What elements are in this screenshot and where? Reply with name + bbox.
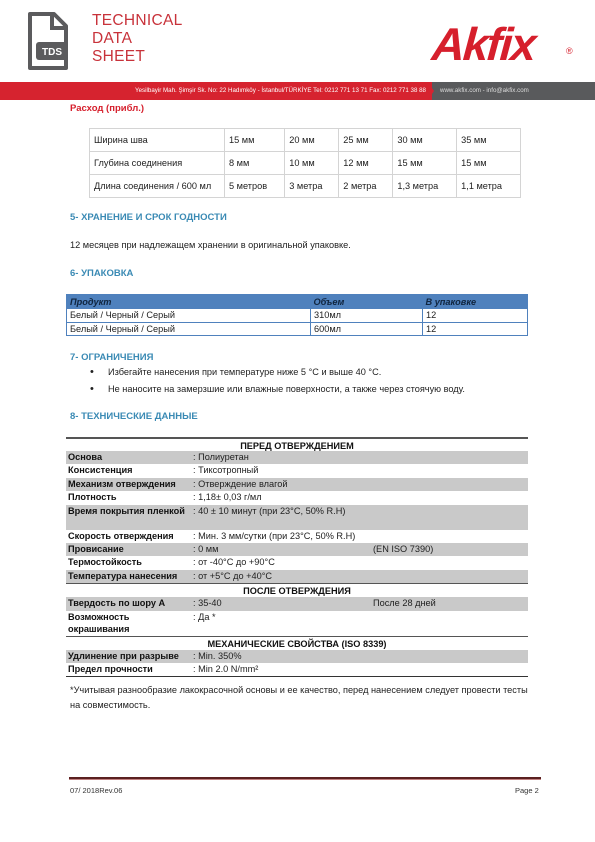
property-note bbox=[373, 556, 528, 569]
contact-band: Yesilbayir Mah. Şimşir Sk. No: 22 Hadımk… bbox=[0, 82, 595, 100]
property-row: Консистенция: Тиксотропный bbox=[66, 464, 528, 477]
property-name: Возможность окрашивания bbox=[66, 611, 193, 636]
property-note bbox=[373, 464, 528, 477]
property-note bbox=[373, 505, 528, 530]
table-cell: 35 мм bbox=[457, 129, 521, 152]
list-item: Избегайте нанесения при температуре ниже… bbox=[90, 364, 465, 381]
band-divider bbox=[428, 82, 434, 100]
footnote: *Учитывая разнообразие лакокрасочной осн… bbox=[70, 683, 530, 713]
property-name: Механизм отверждения bbox=[66, 478, 193, 491]
property-value: : 1,18± 0,03 г/мл bbox=[193, 491, 373, 504]
storage-text: 12 месяцев при надлежащем хранении в ори… bbox=[70, 240, 351, 250]
property-row: Твердость по шору А: 35-40После 28 дней bbox=[66, 597, 528, 610]
row-label: Длина соединения / 600 мл bbox=[90, 175, 225, 198]
property-value: : от -40°C до +90°C bbox=[193, 556, 373, 569]
property-name: Термостойкость bbox=[66, 556, 193, 569]
page-number: Page 2 bbox=[515, 786, 539, 795]
property-row: Основа: Полиуретан bbox=[66, 451, 528, 464]
property-value: : 35-40 bbox=[193, 597, 373, 610]
technical-data-table: ПЕРЕД ОТВЕРЖДЕНИЕМОснова: ПолиуретанКонс… bbox=[66, 437, 528, 677]
table-cell: 15 мм bbox=[225, 129, 285, 152]
column-header-volume: Объем bbox=[311, 295, 423, 309]
column-header-per-box: В упаковке bbox=[423, 295, 528, 309]
property-name: Основа bbox=[66, 451, 193, 464]
property-row: Возможность окрашивания: Да * bbox=[66, 611, 528, 636]
row-label: Глубина соединения bbox=[90, 152, 225, 175]
column-header-product: Продукт bbox=[67, 295, 311, 309]
table-cell: 15 мм bbox=[457, 152, 521, 175]
property-name: Скорость отверждения bbox=[66, 530, 193, 543]
property-value: : от +5°C до +40°C bbox=[193, 570, 373, 583]
property-note bbox=[373, 570, 528, 583]
property-row: Удлинение при разрыве: Min. 350% bbox=[66, 650, 528, 663]
website-text: www.akfix.com - info@akfix.com bbox=[432, 82, 595, 100]
packaging-table: Продукт Объем В упаковке Белый / Черный … bbox=[66, 294, 528, 336]
property-row: Провисание: 0 мм(EN ISO 7390) bbox=[66, 543, 528, 556]
property-value: : Полиуретан bbox=[193, 451, 373, 464]
table-cell: Белый / Черный / Серый bbox=[67, 309, 311, 323]
property-row: Термостойкость: от -40°C до +90°C bbox=[66, 556, 528, 569]
document-type-title: TECHNICAL DATA SHEET bbox=[92, 12, 183, 66]
table-row: Ширина шва15 мм20 мм25 мм30 мм35 мм bbox=[90, 129, 521, 152]
property-row: Плотность: 1,18± 0,03 г/мл bbox=[66, 491, 528, 504]
property-value: : Отверждение влагой bbox=[193, 478, 373, 491]
property-row: Температура нанесения: от +5°C до +40°C bbox=[66, 570, 528, 583]
table-cell: 310мл bbox=[311, 309, 423, 323]
property-name: Плотность bbox=[66, 491, 193, 504]
property-note bbox=[373, 491, 528, 504]
property-value: : 40 ± 10 минут (при 23°C, 50% R.H) bbox=[193, 505, 373, 530]
table-cell: 5 метров bbox=[225, 175, 285, 198]
table-cell: 600мл bbox=[311, 322, 423, 336]
table-cell: 12 bbox=[423, 309, 528, 323]
list-item: Не наносите на замерзшие или влажные пов… bbox=[90, 381, 465, 398]
property-row: Механизм отверждения: Отверждение влагой bbox=[66, 478, 528, 491]
property-note bbox=[373, 650, 528, 663]
table-end-divider bbox=[66, 676, 528, 677]
property-note bbox=[373, 611, 528, 636]
consumption-title: Расход (прибл.) bbox=[70, 103, 144, 114]
property-row: Скорость отверждения: Мин. 3 мм/сутки (п… bbox=[66, 530, 528, 543]
table-cell: 20 мм bbox=[285, 129, 339, 152]
technical-heading: 8- ТЕХНИЧЕСКИЕ ДАННЫЕ bbox=[70, 411, 198, 422]
table-cell: 8 мм bbox=[225, 152, 285, 175]
property-note bbox=[373, 451, 528, 464]
document-icon: TDS bbox=[26, 12, 70, 72]
brand-logo: Akfix bbox=[430, 18, 536, 70]
group-heading: ПЕРЕД ОТВЕРЖДЕНИЕМ bbox=[66, 437, 528, 451]
table-cell: 30 мм bbox=[393, 129, 457, 152]
table-cell: 1,1 метра bbox=[457, 175, 521, 198]
revision-label: 07/ 2018Rev.06 bbox=[70, 786, 122, 795]
table-row: Белый / Черный / Серый310мл12 bbox=[67, 309, 528, 323]
property-name: Консистенция bbox=[66, 464, 193, 477]
property-name: Твердость по шору А bbox=[66, 597, 193, 610]
table-cell: Белый / Черный / Серый bbox=[67, 322, 311, 336]
property-value: : Тиксотропный bbox=[193, 464, 373, 477]
table-row: Глубина соединения8 мм10 мм12 мм15 мм15 … bbox=[90, 152, 521, 175]
table-cell: 10 мм bbox=[285, 152, 339, 175]
table-cell: 2 метра bbox=[339, 175, 393, 198]
property-note bbox=[373, 478, 528, 491]
table-cell: 12 мм bbox=[339, 152, 393, 175]
packaging-heading: 6- УПАКОВКА bbox=[70, 268, 133, 279]
page-header: TDS TECHNICAL DATA SHEET Akfix ® Yesilba… bbox=[0, 0, 595, 102]
property-row: Время покрытия пленкой: 40 ± 10 минут (п… bbox=[66, 505, 528, 530]
registered-mark: ® bbox=[566, 46, 573, 56]
property-value: : Да * bbox=[193, 611, 373, 636]
property-note: (EN ISO 7390) bbox=[373, 543, 528, 556]
property-value: : 0 мм bbox=[193, 543, 373, 556]
table-cell: 12 bbox=[423, 322, 528, 336]
footer-divider bbox=[69, 777, 541, 780]
limitations-list: Избегайте нанесения при температуре ниже… bbox=[90, 364, 465, 398]
table-cell: 3 метра bbox=[285, 175, 339, 198]
property-name: Время покрытия пленкой bbox=[66, 505, 193, 530]
property-value: : Min. 350% bbox=[193, 650, 373, 663]
packaging-header-row: Продукт Объем В упаковке bbox=[67, 295, 528, 309]
property-name: Удлинение при разрыве bbox=[66, 650, 193, 663]
group-heading: ПОСЛЕ ОТВЕРЖДЕНИЯ bbox=[66, 583, 528, 597]
property-name: Предел прочности bbox=[66, 663, 193, 676]
property-value: : Мин. 3 мм/сутки (при 23°C, 50% R.H) bbox=[193, 530, 373, 543]
property-note: После 28 дней bbox=[373, 597, 528, 610]
property-note bbox=[373, 530, 528, 543]
property-note bbox=[373, 663, 528, 676]
row-label: Ширина шва bbox=[90, 129, 225, 152]
table-row: Белый / Черный / Серый600мл12 bbox=[67, 322, 528, 336]
address-text: Yesilbayir Mah. Şimşir Sk. No: 22 Hadımk… bbox=[0, 82, 432, 100]
property-row: Предел прочности: Min 2.0 N/mm² bbox=[66, 663, 528, 676]
table-cell: 15 мм bbox=[393, 152, 457, 175]
storage-heading: 5- ХРАНЕНИЕ И СРОК ГОДНОСТИ bbox=[70, 212, 227, 223]
consumption-table: Ширина шва15 мм20 мм25 мм30 мм35 ммГлуби… bbox=[89, 128, 521, 198]
table-row: Длина соединения / 600 мл5 метров3 метра… bbox=[90, 175, 521, 198]
table-cell: 1,3 метра bbox=[393, 175, 457, 198]
table-cell: 25 мм bbox=[339, 129, 393, 152]
property-name: Провисание bbox=[66, 543, 193, 556]
limitations-heading: 7- ОГРАНИЧЕНИЯ bbox=[70, 352, 153, 363]
tds-badge: TDS bbox=[42, 47, 62, 58]
property-value: : Min 2.0 N/mm² bbox=[193, 663, 373, 676]
group-heading: МЕХАНИЧЕСКИЕ СВОЙСТВА (ISO 8339) bbox=[66, 636, 528, 650]
property-name: Температура нанесения bbox=[66, 570, 193, 583]
